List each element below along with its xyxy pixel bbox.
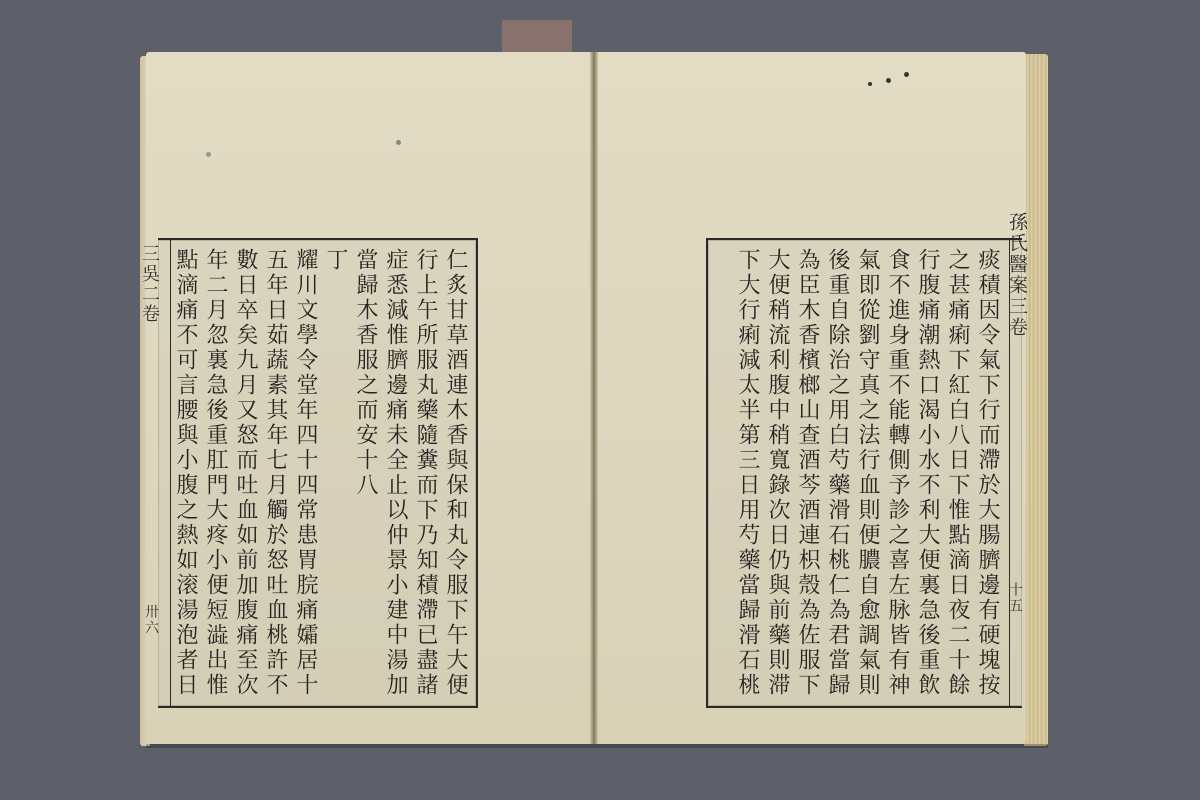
right-text-frame: 痰積因令氣下行而滯於大腸臍邊有硬塊按 之甚痛痢下紅白八日下惟點滴日夜二十餘 行腹… <box>706 238 1022 708</box>
text-column: 行腹痛潮熱口渴小水不利大便裏急後重飲 <box>912 248 942 700</box>
paper-spot <box>868 82 872 86</box>
right-page-edges <box>1024 54 1048 746</box>
text-column: 之甚痛痢下紅白八日下惟點滴日夜二十餘 <box>942 248 972 700</box>
text-column: 行上午所服丸藥隨糞而下乃知積滯已盡諸 <box>410 248 440 700</box>
paper-spot <box>886 78 891 83</box>
text-column: 年二月忽裏急後重肛門大疼小便短澁出惟 <box>200 248 230 700</box>
text-column: 下大行痢減太半第三日用芍藥當歸滑石桃 <box>732 248 762 700</box>
open-book: 仁炙甘草酒連木香與保和丸令服下午大便 行上午所服丸藥隨糞而下乃知積滯已盡諸 症悉… <box>140 52 1052 748</box>
text-column: 當歸木香服之而安十八 <box>350 248 380 700</box>
text-column: 氣即從劉守真之法行血則便膿自愈調氣則 <box>852 248 882 700</box>
text-column: 點滴痛不可言腰與小腹之熱如滚湯泡者日 <box>170 248 200 700</box>
text-column: 食不進身重不能轉側予診之喜左脉皆有神 <box>882 248 912 700</box>
text-column: 痰積因令氣下行而滯於大腸臍邊有硬塊按 <box>972 248 1002 700</box>
text-column: 大便稍流利腹中稍寬錄次日仍與前藥則滞 <box>762 248 792 700</box>
right-page-number: 十五 <box>1006 582 1024 614</box>
book-gutter <box>590 52 598 744</box>
book-bottom-shadow <box>146 744 1048 748</box>
text-column: 數日卒矣九月又怒而吐血如前加腹痛至次 <box>230 248 260 700</box>
right-text-columns: 痰積因令氣下行而滯於大腸臍邊有硬塊按 之甚痛痢下紅白八日下惟點滴日夜二十餘 行腹… <box>718 248 1002 700</box>
text-column: 丁 <box>320 248 350 700</box>
right-margin-title: 孫氏醫案三卷 <box>1008 212 1026 338</box>
text-column: 仁炙甘草酒連木香與保和丸令服下午大便 <box>440 248 470 700</box>
paper-spot <box>396 140 401 145</box>
text-column: 為臣木香檳榔山查酒芩酒連枳殼為佐服下 <box>792 248 822 700</box>
left-margin-title: 三吳二卷 <box>140 244 158 324</box>
text-column: 耀川文學令堂年四十四常患胃脘痛孀居十 <box>290 248 320 700</box>
left-text-frame: 仁炙甘草酒連木香與保和丸令服下午大便 行上午所服丸藥隨糞而下乃知積滯已盡諸 症悉… <box>158 238 478 708</box>
paper-spot <box>904 72 909 77</box>
text-column: 後重自除治之用白芍藥滑石桃仁為君當歸 <box>822 248 852 700</box>
left-page-number: 卅六 <box>142 604 160 636</box>
text-column: 症悉減惟臍邊痛未全止以仲景小建中湯加 <box>380 248 410 700</box>
paper-spot <box>206 152 211 157</box>
text-column: 五年日茹蔬素其年七月觸於怒吐血桃許不 <box>260 248 290 700</box>
left-text-columns: 仁炙甘草酒連木香與保和丸令服下午大便 行上午所服丸藥隨糞而下乃知積滯已盡諸 症悉… <box>164 248 470 700</box>
